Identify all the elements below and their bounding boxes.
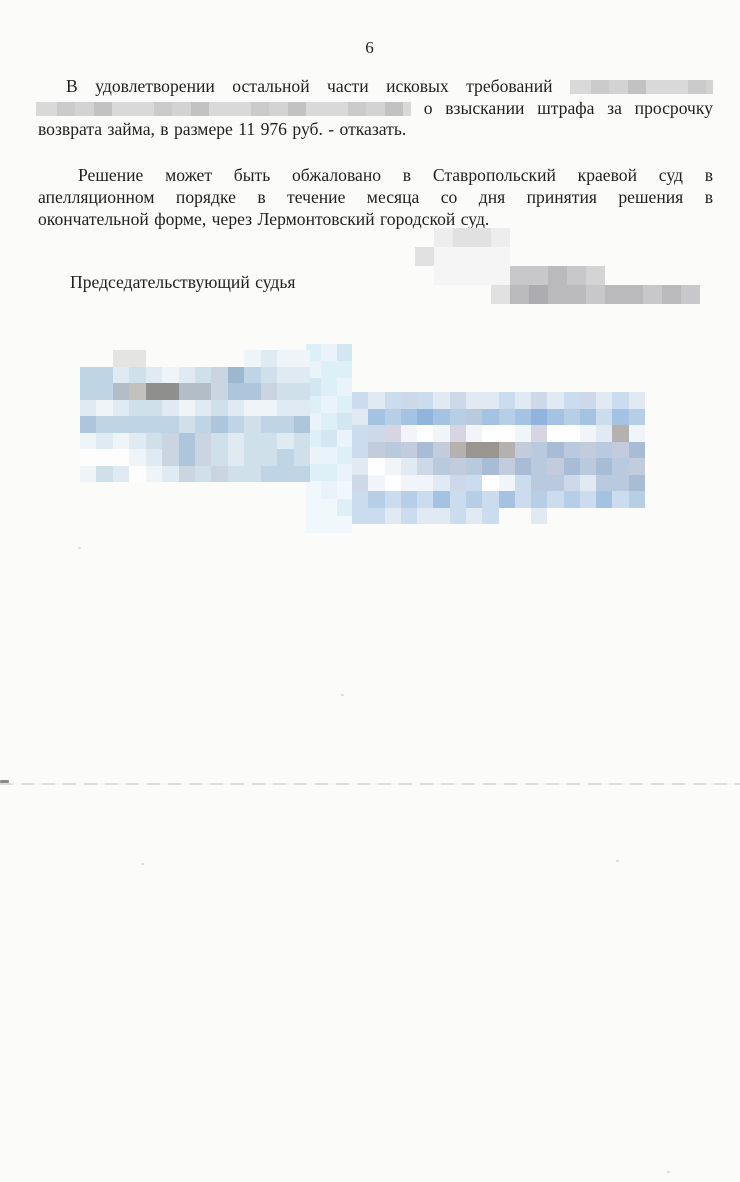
scan-speck [141, 863, 144, 865]
inline-redaction-bar [570, 80, 713, 94]
scan-speck [616, 860, 619, 862]
scan-speck [78, 547, 81, 549]
text-line: возврата займа, в размере 11 976 руб. - … [38, 119, 713, 141]
text-line: В удовлетворении остальной части исковых… [38, 76, 713, 98]
text-line: Решение может быть обжаловано в Ставропо… [38, 165, 713, 187]
scan-speck [667, 1171, 670, 1173]
text-run: апелляционном порядке в течение месяца с… [38, 187, 713, 207]
text-line: апелляционном порядке в течение месяца с… [38, 187, 713, 209]
text-line: о взыскании штрафа за просрочку [36, 98, 713, 120]
inline-redaction-bar [36, 102, 411, 116]
paragraphs: В удовлетворении остальной части исковых… [38, 76, 713, 230]
page-number: 6 [0, 38, 740, 58]
text-run: возврата займа, в размере 11 976 руб. - … [38, 119, 406, 139]
text-line: окончательной форме, через Лермонтовский… [38, 209, 713, 231]
signature-label: Председательствующий судья [38, 272, 713, 294]
stamp-right [352, 392, 645, 524]
paragraph: Решение может быть обжаловано в Ставропо… [38, 165, 713, 230]
scan-speck [341, 694, 344, 696]
scan-artifact-line [0, 783, 740, 785]
scan-edge-mark [0, 780, 9, 783]
text-run: окончательной форме, через Лермонтовский… [38, 209, 489, 229]
stamp-left [80, 350, 310, 482]
text-run: Решение может быть обжаловано в Ставропо… [78, 165, 713, 185]
text-run: о взыскании штрафа за просрочку [424, 98, 713, 118]
paragraph: В удовлетворении остальной части исковых… [38, 76, 713, 141]
text-run: В удовлетворении остальной части исковых… [66, 76, 553, 96]
document-body: В удовлетворении остальной части исковых… [38, 76, 713, 294]
document-page: 6 В удовлетворении остальной части исков… [0, 0, 740, 1182]
stamp-band [306, 344, 352, 533]
